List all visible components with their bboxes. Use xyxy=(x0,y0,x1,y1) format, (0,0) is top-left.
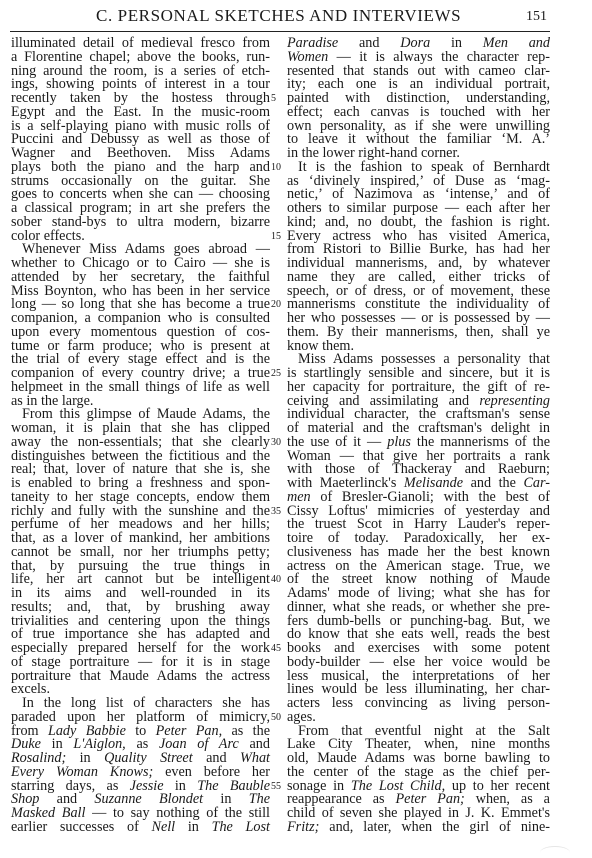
line-number: 40 xyxy=(271,573,281,587)
running-title: C. PERSONAL SKETCHES AND INTERVIEWS xyxy=(96,6,461,26)
page-header: C. PERSONAL SKETCHES AND INTERVIEWS 151 xyxy=(0,0,592,33)
line-number: 30 xyxy=(271,436,281,450)
line-number: 45 xyxy=(271,642,281,656)
text-line: acters less convincing as living person- xyxy=(287,697,550,711)
line-number: 15 xyxy=(271,230,281,244)
scan-mark xyxy=(540,846,570,858)
line-number: 10 xyxy=(271,161,281,175)
left-column: illuminated detail of medieval fresco fr… xyxy=(11,37,270,835)
page-number: 151 xyxy=(526,9,547,25)
line-number: 35 xyxy=(271,505,281,519)
line-number: 5 xyxy=(271,92,276,106)
right-column: Paradise and Dora in Men andWomen — it i… xyxy=(287,37,550,835)
line-number: 55 xyxy=(271,780,281,794)
text-line: earlier successes of Nell in The Lost xyxy=(11,821,270,835)
line-number: 20 xyxy=(271,298,281,312)
header-rule xyxy=(10,31,550,32)
line-number: 50 xyxy=(271,711,281,725)
text-line: Fritz; and, later, when the girl of nine… xyxy=(287,821,550,835)
line-number: 25 xyxy=(271,367,281,381)
